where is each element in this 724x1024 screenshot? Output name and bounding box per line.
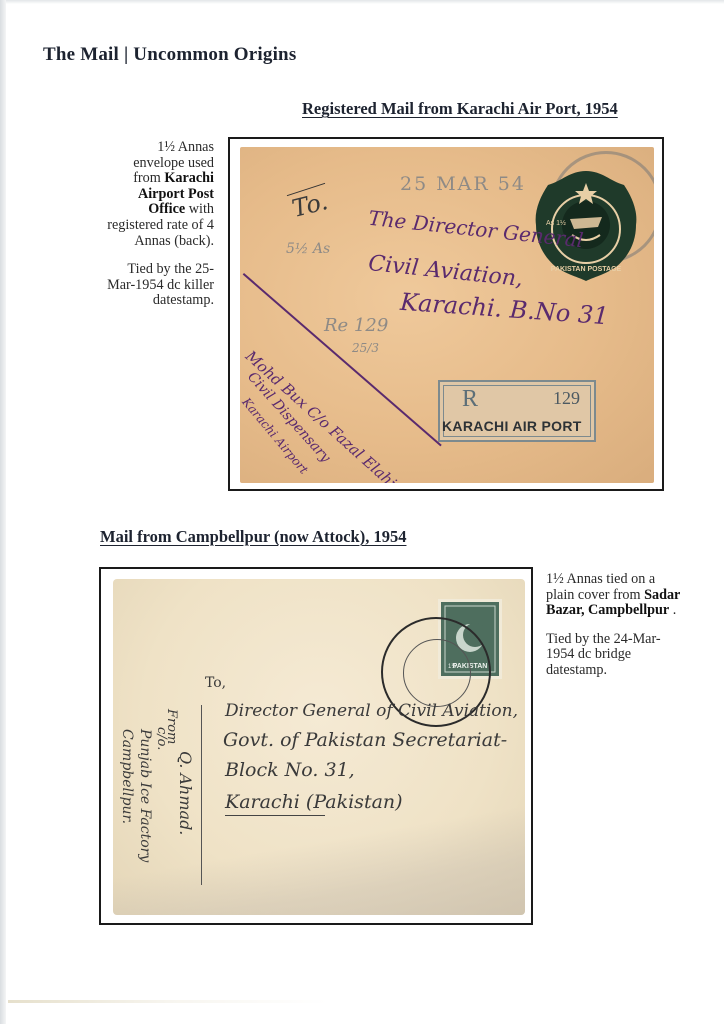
- caption-text: .: [669, 602, 676, 618]
- exhibit-1-caption: 1½ Annas envelope used from Karachi Airp…: [104, 140, 214, 322]
- registration-letter: R: [462, 386, 478, 413]
- campbellpur-cover-image: PAKISTAN 1½ To, Director General of Civi…: [113, 579, 525, 915]
- sender-line-3: c/o.: [154, 727, 169, 750]
- exhibit-2-cover-frame: PAKISTAN 1½ To, Director General of Civi…: [99, 567, 533, 925]
- sender-line-2: Q. Ahmad.: [176, 751, 195, 835]
- exhibit-1-caption-p2: Tied by the 25-Mar-1954 dc killer datest…: [104, 262, 214, 309]
- pencil-date-mark: 25 MAR 54: [400, 173, 526, 195]
- rate-note: 5½ As: [286, 241, 330, 257]
- page-left-edge: [0, 0, 6, 1024]
- address-line-3: Karachi. B.No 31: [399, 288, 609, 330]
- caption-text: 1½ Annas tied on a plain cover from: [546, 571, 655, 603]
- address-line-4: Karachi (Pakistan): [225, 791, 403, 813]
- page-bottom-shadow: [8, 1000, 328, 1003]
- exhibit-2-heading: Mail from Campbellpur (now Attock), 1954: [100, 527, 406, 547]
- cover-stain: [113, 805, 525, 915]
- address-line-2: Civil Aviation,: [367, 251, 524, 292]
- registration-number: 129: [553, 388, 580, 409]
- karachi-cover-image: PAKISTAN POSTAGE As 1½ 25 MAR 54 To. 5½ …: [240, 147, 654, 483]
- address-underline: [225, 815, 325, 816]
- registration-office: KARACHI AIR PORT: [442, 418, 582, 434]
- page-title: The Mail | Uncommon Origins: [43, 44, 296, 66]
- exhibit-1-cover-frame: PAKISTAN POSTAGE As 1½ 25 MAR 54 To. 5½ …: [228, 137, 664, 491]
- page-top-edge: [0, 0, 724, 4]
- to-label: To,: [205, 675, 226, 691]
- svg-text:PAKISTAN POSTAGE: PAKISTAN POSTAGE: [551, 266, 622, 273]
- exhibit-2-caption-p2: Tied by the 24-Mar-1954 dc bridge datest…: [546, 632, 686, 679]
- address-line-2: Govt. of Pakistan Secretariat-: [223, 729, 507, 751]
- address-line-1: Director General of Civil Aviation,: [225, 701, 518, 721]
- sender-bracket-line: [201, 705, 202, 885]
- address-line-3: Block No. 31,: [225, 759, 355, 781]
- registration-label: R 129 KARACHI AIR PORT: [438, 380, 596, 442]
- exhibit-1-caption-p1: 1½ Annas envelope used from Karachi Airp…: [104, 140, 214, 249]
- pencil-note-2: 25/3: [352, 341, 379, 355]
- sender-line-5: Campbellpur.: [119, 729, 135, 824]
- exhibit-2-caption: 1½ Annas tied on a plain cover from Sada…: [546, 572, 686, 692]
- exhibit-2-caption-p1: 1½ Annas tied on a plain cover from Sada…: [546, 572, 686, 619]
- pencil-note-1: Re 129: [324, 315, 388, 336]
- postmark-inner-ring: [403, 639, 471, 707]
- exhibit-1-heading: Registered Mail from Karachi Air Port, 1…: [302, 99, 618, 119]
- sender-line-4: Punjab Ice Factory: [137, 729, 153, 862]
